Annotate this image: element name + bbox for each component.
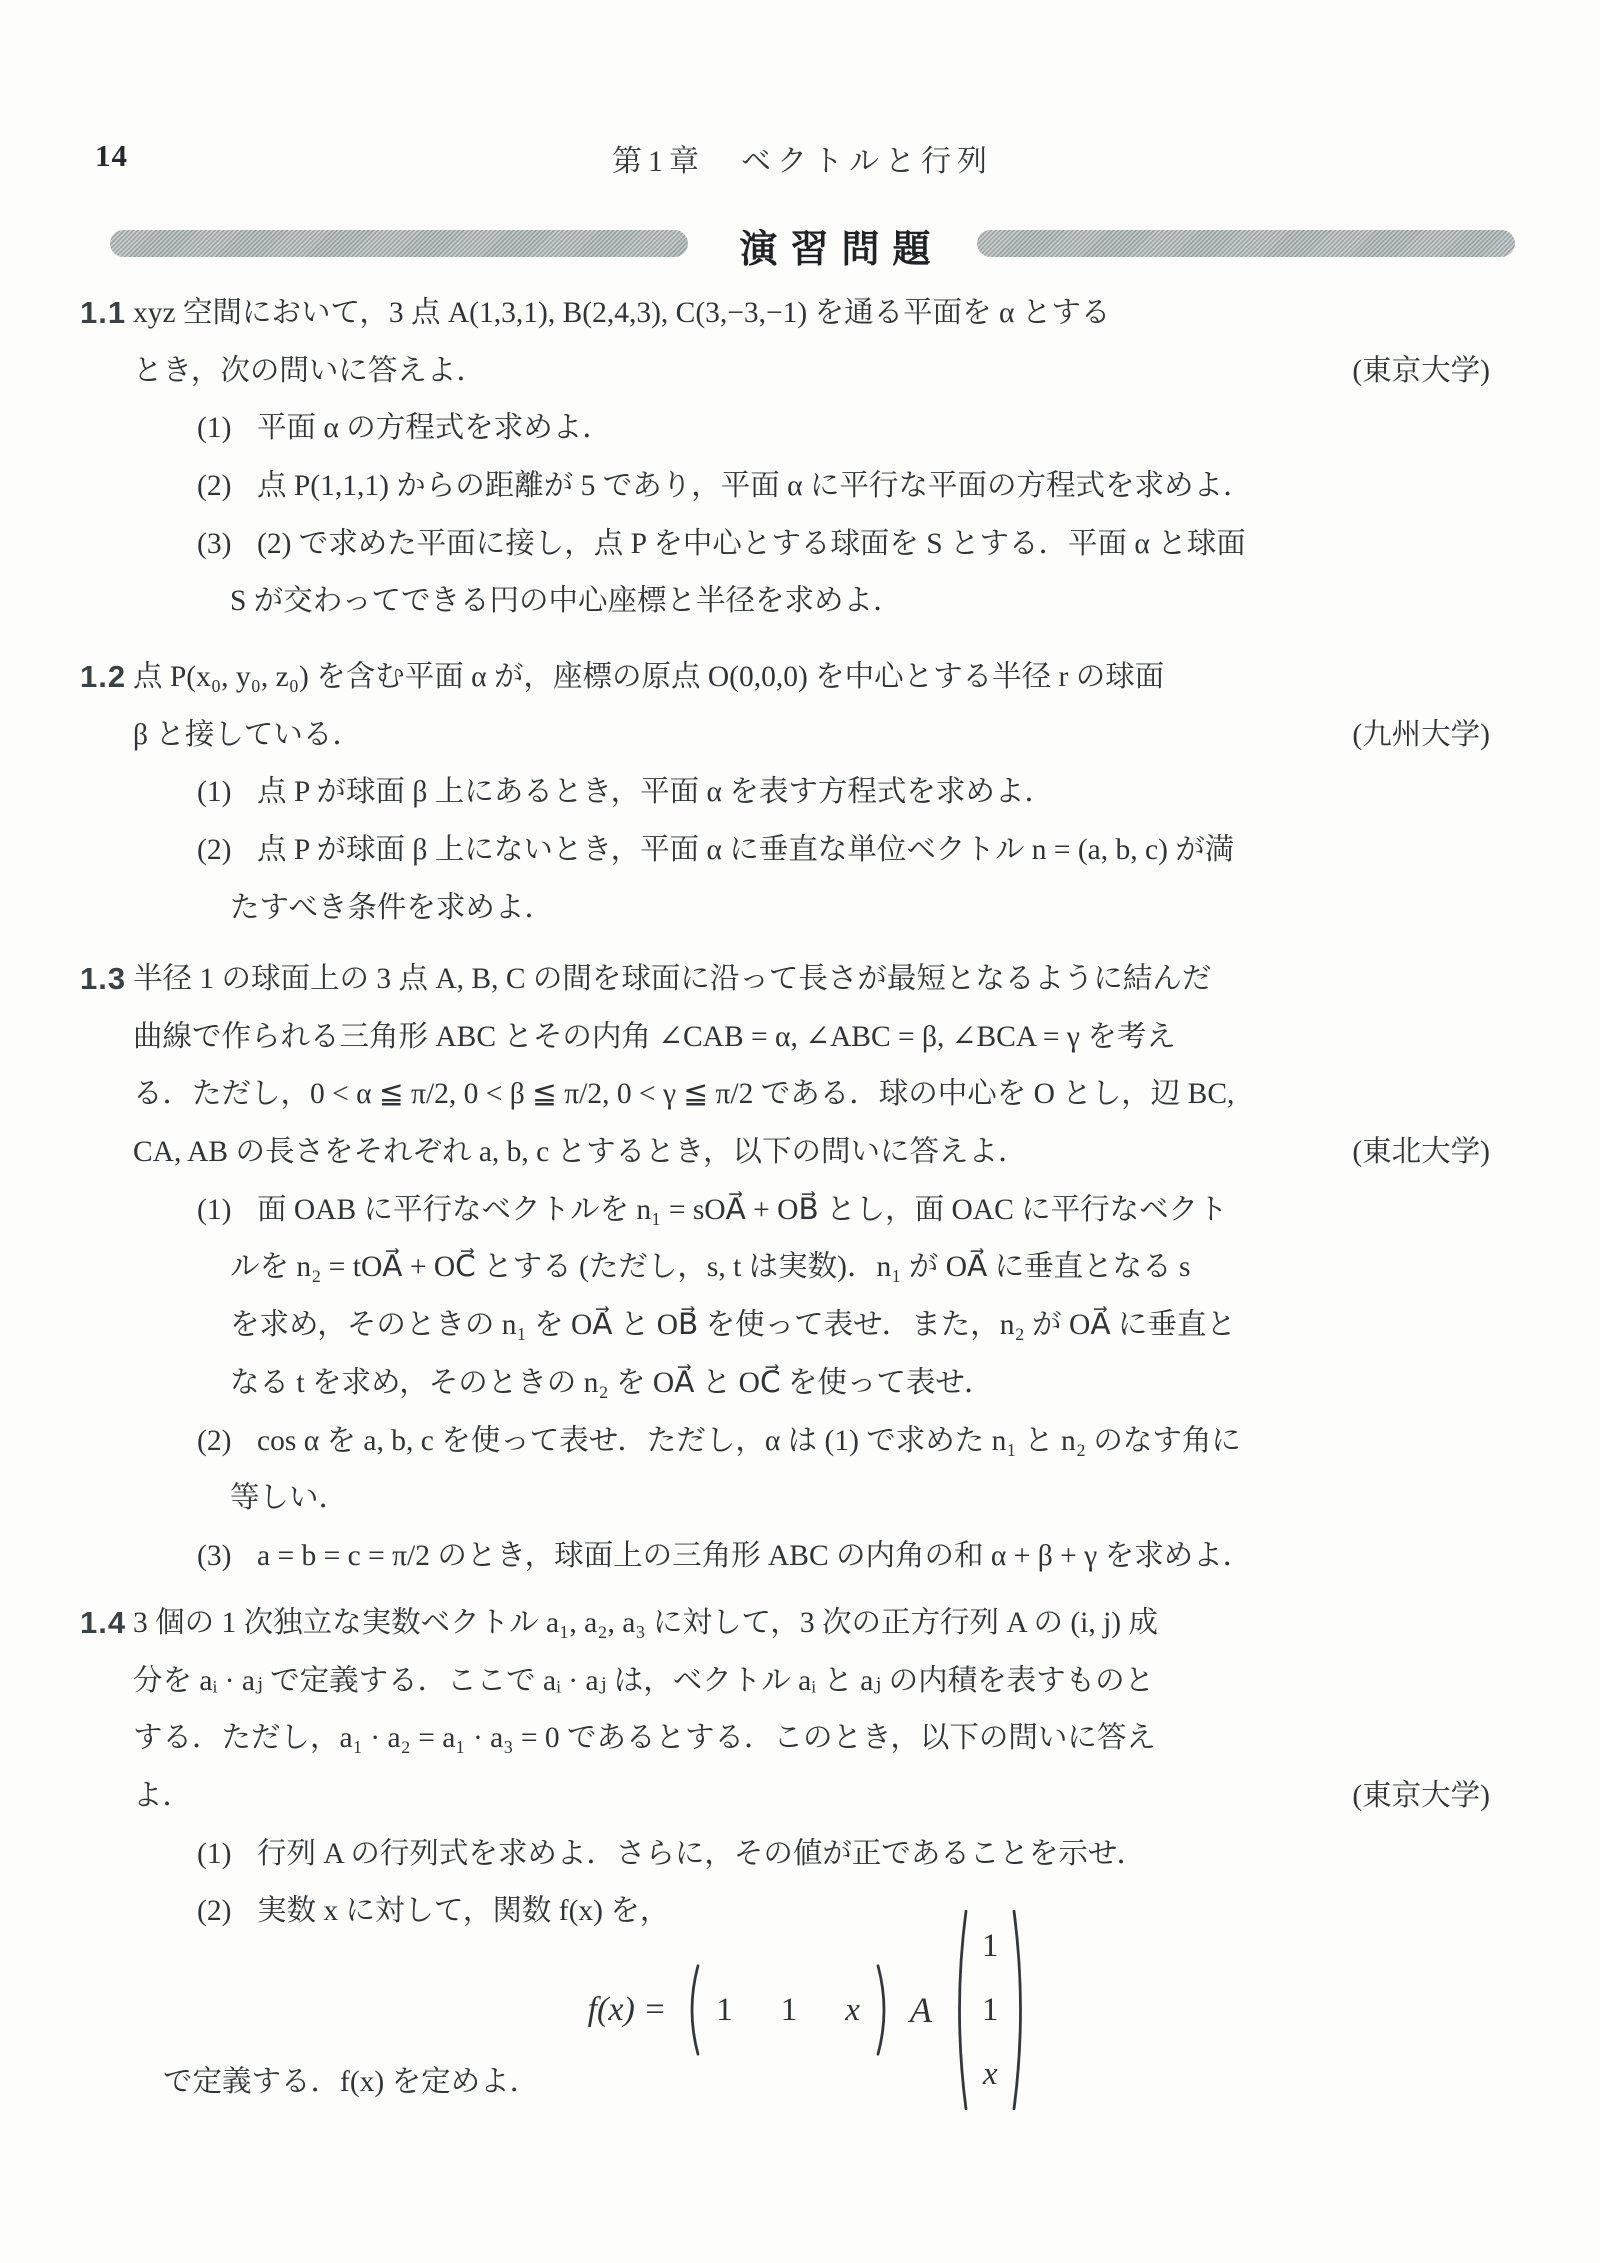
item-label: (2): [197, 458, 257, 516]
line-text: 3 個の 1 次独立な実数ベクトル a₁, a₂, a₃ に対して，3 次の正方…: [133, 1607, 1158, 1639]
item-label: (1): [197, 764, 257, 822]
row-vector-entries: 11x: [702, 1992, 874, 2029]
line-text: S が交わってできる円の中心座標と半径を求めよ．: [230, 585, 903, 617]
text-line: CA, AB の長さをそれぞれ a, b, c とするとき，以下の問いに答えよ．…: [133, 1124, 1492, 1182]
page-number: 14: [95, 138, 128, 174]
row-entry: 1: [716, 1992, 733, 2029]
line-text: を求め，そのときの n₁ を OA⃗ と OB⃗ を使って表せ．また，n₂ が …: [230, 1309, 1236, 1341]
line-text: 半径 1 の球面上の 3 点 A, B, C の間を球面に沿って長さが最短となる…: [133, 963, 1211, 995]
item-line: (1)平面 α の方程式を求めよ．: [133, 400, 1492, 458]
left-paren-icon: [948, 1907, 970, 2113]
row-entry: x: [845, 1992, 860, 2029]
line-text: cos α を a, b, c を使って表せ．ただし，α は (1) で求めた …: [257, 1425, 1241, 1457]
line-text: xyz 空間において，3 点 A(1,3,1), B(2,4,3), C(3,−…: [133, 297, 1110, 329]
problem-number: 1.2: [80, 659, 126, 695]
text-line: ルを n₂ = tOA⃗ + OC⃗ とする (ただし，s, t は実数)．n₁…: [133, 1239, 1492, 1297]
line-text: 行列 A の行列式を求めよ．さらに，その値が正であることを示せ．: [257, 1838, 1146, 1870]
right-paren-icon: [1010, 1907, 1032, 2113]
line-text: 等しい．: [230, 1482, 348, 1514]
line-text: CA, AB の長さをそれぞれ a, b, c とするとき，以下の問いに答えよ．: [133, 1136, 1027, 1168]
source-university: (東北大学): [1352, 1124, 1490, 1182]
text-line: よ．(東京大学): [133, 1768, 1492, 1826]
text-line: 等しい．: [133, 1470, 1492, 1528]
row-entry: 1: [781, 1992, 798, 2029]
line-text: する．ただし，a₁ · a₂ = a₁ · a₃ = 0 であるとする．このとき…: [133, 1722, 1156, 1754]
problem-body: 点 P(x₀, y₀, z₀) を含む平面 α が，座標の原点 O(0,0,0)…: [133, 649, 1492, 937]
text-line: 半径 1 の球面上の 3 点 A, B, C の間を球面に沿って長さが最短となる…: [133, 951, 1492, 1009]
column-vector-entries: 11x: [970, 1928, 1011, 2093]
item-line: (3)(2) で求めた平面に接し，点 P を中心とする球面を S とする．平面 …: [133, 516, 1492, 574]
matrix-symbol: A: [910, 1989, 932, 2031]
banner-bar-right: [977, 230, 1515, 257]
formula-closing-line: で定義する．f(x) を定めよ．: [163, 2054, 539, 2112]
banner-bar-left: [110, 230, 688, 257]
text-line: とき，次の問いに答えよ．(東京大学): [133, 343, 1492, 401]
line-text: 分を aᵢ · aⱼ で定義する．ここで aᵢ · aⱼ は，ベクトル aᵢ と…: [133, 1665, 1154, 1697]
line-text: a = b = c = π/2 のとき，球面上の三角形 ABC の内角の和 α …: [257, 1540, 1252, 1572]
item-line: (2)点 P(1,1,1) からの距離が 5 であり，平面 α に平行な平面の方…: [133, 458, 1492, 516]
line-text: ルを n₂ = tOA⃗ + OC⃗ とする (ただし，s, t は実数)．n₁…: [230, 1251, 1190, 1283]
problem-body: xyz 空間において，3 点 A(1,3,1), B(2,4,3), C(3,−…: [133, 285, 1492, 631]
exercises-banner: 演習問題: [0, 221, 1600, 269]
item-label: (1): [197, 1826, 257, 1884]
item-label: (1): [197, 1182, 257, 1240]
problem-1-4: 1.4 3 個の 1 次独立な実数ベクトル a₁, a₂, a₃ に対して，3 …: [80, 1595, 1492, 1941]
chapter-header: 第1章 ベクトルと行列: [612, 136, 993, 180]
item-label: (3): [197, 516, 257, 574]
text-line: る．ただし，0 < α ≦ π/2, 0 < β ≦ π/2, 0 < γ ≦ …: [133, 1066, 1492, 1124]
line-text: 点 P が球面 β 上にあるとき，平面 α を表す方程式を求めよ．: [257, 776, 1054, 808]
line-text: 面 OAB に平行なベクトルを n₁ = sOA⃗ + OB⃗ とし，面 OAC…: [257, 1194, 1228, 1226]
line-text: よ．: [133, 1780, 192, 1812]
problem-body: 半径 1 の球面上の 3 点 A, B, C の間を球面に沿って長さが最短となる…: [133, 951, 1492, 1586]
text-line: 曲線で作られる三角形 ABC とその内角 ∠CAB = α, ∠ABC = β,…: [133, 1009, 1492, 1067]
item-line: (2)点 P が球面 β 上にないとき，平面 α に垂直な単位ベクトル n = …: [133, 822, 1492, 880]
line-text: たすべき条件を求めよ．: [230, 892, 554, 924]
line-text: なる t を求め，そのときの n₂ を OA⃗ と OC⃗ を使って表せ．: [230, 1367, 994, 1399]
left-paren-icon: [682, 1963, 702, 2057]
right-paren-icon: [874, 1963, 894, 2057]
item-label: (2): [197, 1413, 257, 1471]
text-line: β と接している．(九州大学): [133, 707, 1492, 765]
line-text: で定義する．f(x) を定めよ．: [163, 2066, 539, 2098]
source-university: (東京大学): [1352, 1768, 1490, 1826]
line-text: 曲線で作られる三角形 ABC とその内角 ∠CAB = α, ∠ABC = β,…: [133, 1021, 1176, 1053]
column-vector: 11x: [948, 1907, 1033, 2113]
text-line: 分を aᵢ · aⱼ で定義する．ここで aᵢ · aⱼ は，ベクトル aᵢ と…: [133, 1653, 1492, 1711]
line-text: とき，次の問いに答えよ．: [133, 355, 486, 387]
item-line: (1)面 OAB に平行なベクトルを n₁ = sOA⃗ + OB⃗ とし，面 …: [133, 1182, 1492, 1240]
item-line: (1)点 P が球面 β 上にあるとき，平面 α を表す方程式を求めよ．: [133, 764, 1492, 822]
item-label: (3): [197, 1528, 257, 1586]
text-line: する．ただし，a₁ · a₂ = a₁ · a₃ = 0 であるとする．このとき…: [133, 1710, 1492, 1768]
text-line: xyz 空間において，3 点 A(1,3,1), B(2,4,3), C(3,−…: [133, 285, 1492, 343]
line-text: 点 P(x₀, y₀, z₀) を含む平面 α が，座標の原点 O(0,0,0)…: [133, 661, 1164, 693]
item-label: (1): [197, 400, 257, 458]
formula-lhs: f(x) =: [588, 1991, 667, 2029]
item-line: (2)cos α を a, b, c を使って表せ．ただし，α は (1) で求…: [133, 1413, 1492, 1471]
line-text: β と接している．: [133, 719, 362, 751]
line-text: (2) で求めた平面に接し，点 P を中心とする球面を S とする．平面 α と…: [257, 528, 1246, 560]
item-line: (3)a = b = c = π/2 のとき，球面上の三角形 ABC の内角の和…: [133, 1528, 1492, 1586]
problem-body: 3 個の 1 次独立な実数ベクトル a₁, a₂, a₃ に対して，3 次の正方…: [133, 1595, 1492, 1941]
problem-number: 1.1: [80, 295, 126, 331]
problem-1-3: 1.3 半径 1 の球面上の 3 点 A, B, C の間を球面に沿って長さが最…: [80, 951, 1492, 1586]
problem-1-1: 1.1 xyz 空間において，3 点 A(1,3,1), B(2,4,3), C…: [80, 285, 1492, 631]
text-line: 点 P(x₀, y₀, z₀) を含む平面 α が，座標の原点 O(0,0,0)…: [133, 649, 1492, 707]
source-university: (九州大学): [1352, 707, 1490, 765]
column-entry: 1: [982, 1928, 999, 1965]
text-line: 3 個の 1 次独立な実数ベクトル a₁, a₂, a₃ に対して，3 次の正方…: [133, 1595, 1492, 1653]
line-text: 点 P が球面 β 上にないとき，平面 α に垂直な単位ベクトル n = (a,…: [257, 834, 1234, 866]
text-line: S が交わってできる円の中心座標と半径を求めよ．: [133, 573, 1492, 631]
line-text: 点 P(1,1,1) からの距離が 5 であり，平面 α に平行な平面の方程式を…: [257, 470, 1253, 502]
row-vector: 11x: [682, 1963, 894, 2057]
text-line: たすべき条件を求めよ．: [133, 880, 1492, 938]
item-line: (1)行列 A の行列式を求めよ．さらに，その値が正であることを示せ．: [133, 1826, 1492, 1884]
line-text: 平面 α の方程式を求めよ．: [257, 412, 612, 444]
banner-title: 演習問題: [690, 221, 980, 269]
source-university: (東京大学): [1352, 343, 1490, 401]
problem-1-2: 1.2 点 P(x₀, y₀, z₀) を含む平面 α が，座標の原点 O(0,…: [80, 649, 1492, 937]
text-line: を求め，そのときの n₁ を OA⃗ と OB⃗ を使って表せ．また，n₂ が …: [133, 1297, 1492, 1355]
item-label: (2): [197, 822, 257, 880]
text-line: なる t を求め，そのときの n₂ を OA⃗ と OC⃗ を使って表せ．: [133, 1355, 1492, 1413]
problem-number: 1.3: [80, 961, 126, 997]
column-entry: x: [983, 2056, 998, 2093]
line-text: る．ただし，0 < α ≦ π/2, 0 < β ≦ π/2, 0 < γ ≦ …: [133, 1078, 1234, 1110]
problem-number: 1.4: [80, 1605, 126, 1641]
column-entry: 1: [982, 1992, 999, 2029]
